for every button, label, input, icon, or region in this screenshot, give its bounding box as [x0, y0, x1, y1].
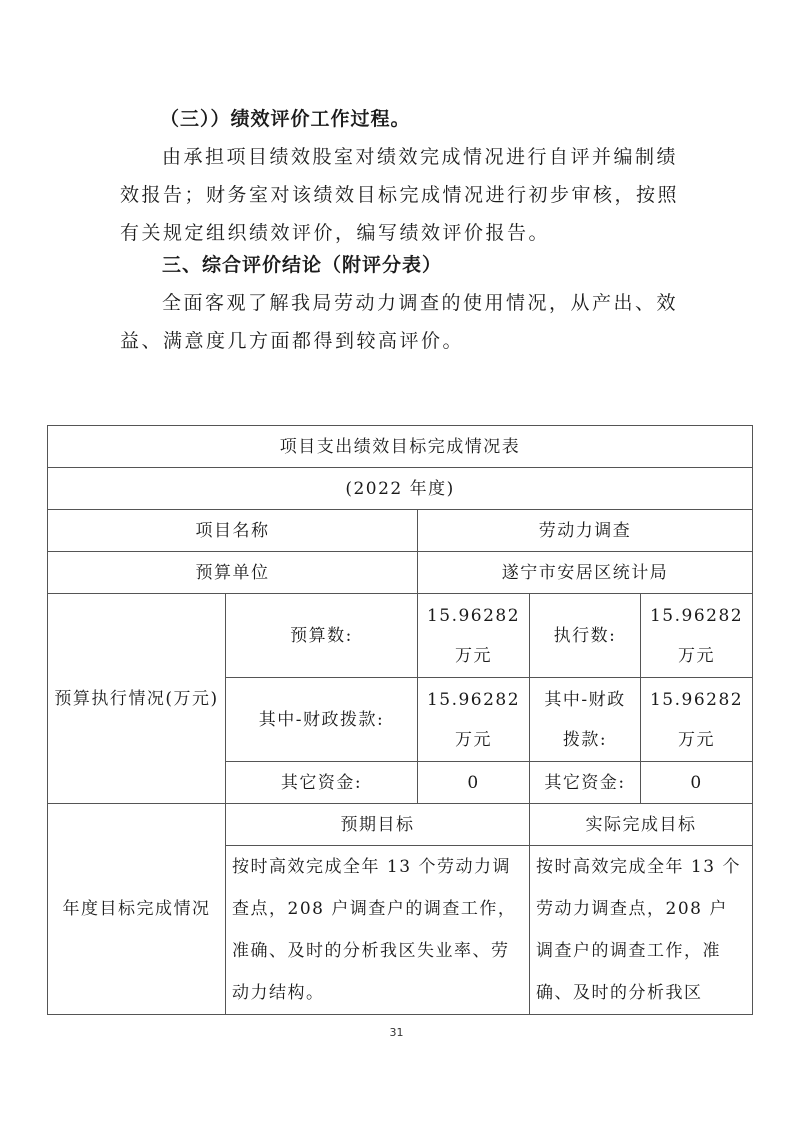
performance-table: 项目支出绩效目标完成情况表 (2022 年度) 项目名称 劳动力调查 预算单位 …	[47, 425, 753, 1015]
expected-goal-text: 按时高效完成全年 13 个劳动力调查点，208 户调查户的调查工作，准确、及时的…	[226, 846, 530, 1015]
table-year: (2022 年度)	[48, 468, 753, 510]
budget-amount-label: 预算数:	[226, 594, 418, 678]
project-name-label: 项目名称	[48, 510, 418, 552]
other-funds-value: 0	[418, 762, 530, 804]
other-funds-value-actual: 0	[641, 762, 753, 804]
paragraph-conclusion: 全面客观了解我局劳动力调查的使用情况，从产出、效益、满意度几方面都得到较高评价。	[120, 284, 680, 360]
paragraph-evaluation-process: 由承担项目绩效股室对绩效完成情况进行自评并编制绩效报告；财务室对该绩效目标完成情…	[120, 138, 680, 252]
fiscal-label-actual: 其中-财政拨款:	[530, 678, 641, 762]
other-funds-label-actual: 其它资金:	[530, 762, 641, 804]
project-name-value: 劳动力调查	[418, 510, 753, 552]
fiscal-value-actual: 15.96282 万元	[641, 678, 753, 762]
actual-goal-text: 按时高效完成全年 13 个劳动力调查点，208 户调查户的调查工作，准确、及时的…	[530, 846, 753, 1015]
other-funds-label: 其它资金:	[226, 762, 418, 804]
table-title: 项目支出绩效目标完成情况表	[48, 426, 753, 468]
budget-exec-label: 预算执行情况(万元)	[48, 594, 226, 804]
section-heading: （三））绩效评价工作过程。	[160, 100, 720, 138]
expected-goal-header: 预期目标	[226, 804, 530, 846]
annual-goal-label: 年度目标完成情况	[48, 804, 226, 1015]
budget-amount-value: 15.96282 万元	[418, 594, 530, 678]
exec-amount-label: 执行数:	[530, 594, 641, 678]
fiscal-value: 15.96282 万元	[418, 678, 530, 762]
actual-goal-header: 实际完成目标	[530, 804, 753, 846]
section-heading-conclusion: 三、综合评价结论（附评分表）	[162, 246, 722, 284]
budget-unit-label: 预算单位	[48, 552, 418, 594]
fiscal-label: 其中-财政拨款:	[226, 678, 418, 762]
budget-unit-value: 遂宁市安居区统计局	[418, 552, 753, 594]
page-number: 31	[0, 1026, 793, 1039]
exec-amount-value: 15.96282 万元	[641, 594, 753, 678]
